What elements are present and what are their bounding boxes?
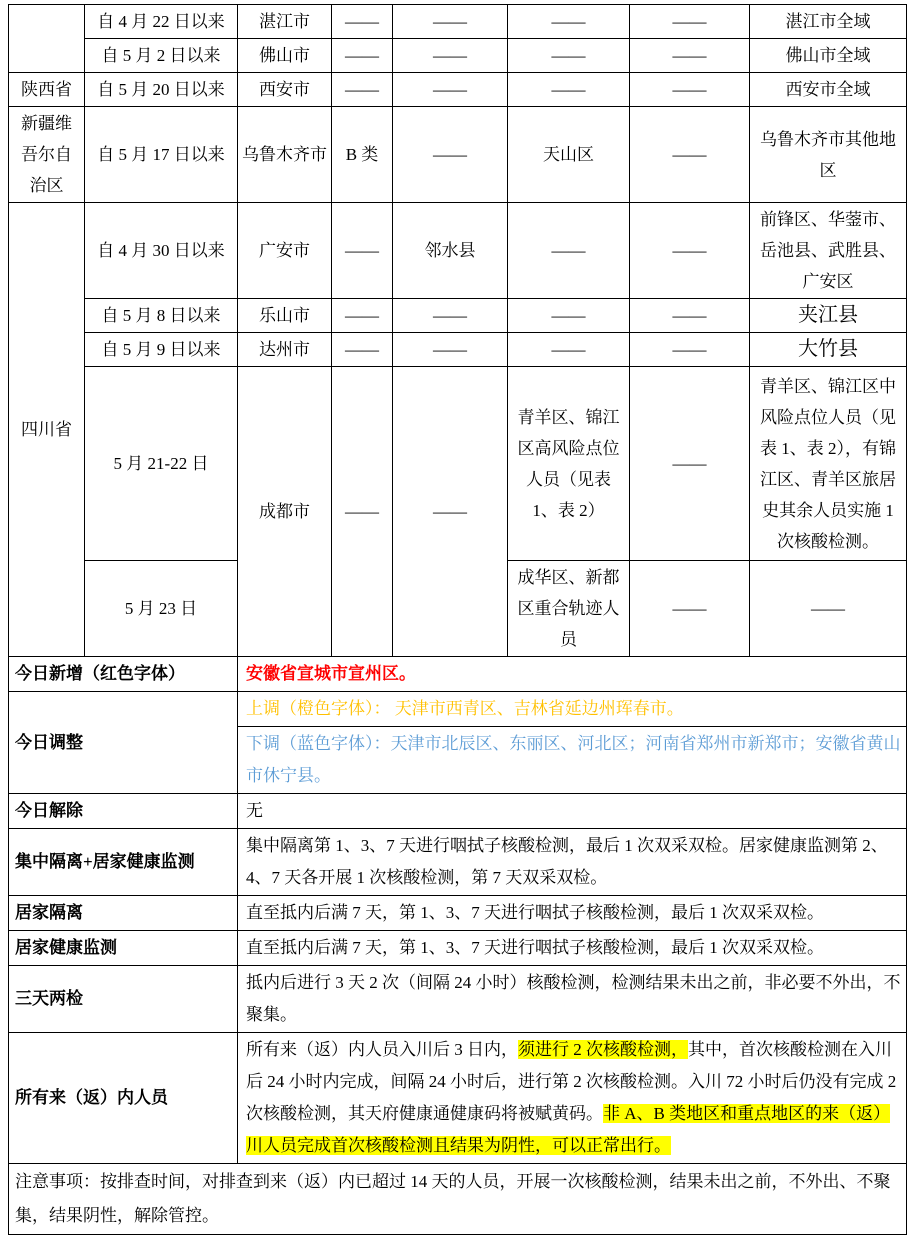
cell-date: 5 月 23 日	[85, 561, 238, 657]
cell-other: ——	[630, 333, 750, 367]
three-two-value: 抵内后进行 3 天 2 次（间隔 24 小时）核酸检测，检测结果未出之前，非必要…	[238, 966, 907, 1033]
new-today-label: 今日新增（红色字体）	[9, 657, 238, 692]
adjust-today-label: 今日调整	[9, 692, 238, 794]
document-page: 自 4 月 22 日以来 湛江市 —— —— —— —— 湛江市全域 自 5 月…	[0, 0, 914, 1185]
table-row: 自 5 月 9 日以来 达州市 —— —— —— —— 大竹县	[9, 333, 907, 367]
adjust-up-value: 上调（橙色字体）： 天津市西青区、吉林省延边州珲春市。	[238, 692, 907, 727]
cell-city: 乌鲁木齐市	[238, 107, 332, 203]
home-isolation-label: 居家隔离	[9, 896, 238, 931]
cell-other: ——	[630, 367, 750, 561]
cell-scope: 西安市全域	[750, 73, 907, 107]
cell-county: ——	[393, 39, 508, 73]
table-row: 四川省 自 4 月 30 日以来 广安市 —— 邻水县 —— —— 前锋区、华蓥…	[9, 203, 907, 299]
table-row-released: 今日解除 无	[9, 794, 907, 829]
cell-date: 自 5 月 20 日以来	[85, 73, 238, 107]
cell-scope: 大竹县	[750, 333, 907, 367]
cell-category: ——	[332, 73, 393, 107]
cell-date: 自 5 月 17 日以来	[85, 107, 238, 203]
cell-scope: 湛江市全域	[750, 5, 907, 39]
text-segment: 所有来（返）内人员入川后 3 日内，	[246, 1040, 518, 1059]
cell-district: 天山区	[508, 107, 630, 203]
table-row: 自 5 月 2 日以来 佛山市 —— —— —— —— 佛山市全域	[9, 39, 907, 73]
cell-category: ——	[332, 299, 393, 333]
cell-district: ——	[508, 203, 630, 299]
cell-date: 自 4 月 22 日以来	[85, 5, 238, 39]
cell-city: 西安市	[238, 73, 332, 107]
cell-county: ——	[393, 5, 508, 39]
cell-other: ——	[630, 73, 750, 107]
cell-category: ——	[332, 367, 393, 657]
table-row-centralized: 集中隔离+居家健康监测 集中隔离第 1、3、7 天进行咽拭子核酸检测，最后 1 …	[9, 829, 907, 896]
cell-district: ——	[508, 39, 630, 73]
home-monitoring-value: 直至抵内后满 7 天，第 1、3、7 天进行咽拭子核酸检测，最后 1 次双采双检…	[238, 931, 907, 966]
table-row: 自 5 月 8 日以来 乐山市 —— —— —— —— 夹江县	[9, 299, 907, 333]
all-arrivals-value: 所有来（返）内人员入川后 3 日内，须进行 2 次核酸检测，其中，首次核酸检测在…	[238, 1033, 907, 1164]
centralized-label: 集中隔离+居家健康监测	[9, 829, 238, 896]
cell-province: 四川省	[9, 203, 85, 657]
released-today-label: 今日解除	[9, 794, 238, 829]
table-row-adjust-up: 今日调整 上调（橙色字体）： 天津市西青区、吉林省延边州珲春市。	[9, 692, 907, 727]
cell-category: B 类	[332, 107, 393, 203]
cell-district: ——	[508, 5, 630, 39]
cell-category: ——	[332, 333, 393, 367]
cell-scope: 青羊区、锦江区中风险点位人员（见表 1、表 2），有锦江区、青羊区旅居史其余人员…	[750, 367, 907, 561]
cell-category: ——	[332, 39, 393, 73]
cell-county: ——	[393, 107, 508, 203]
cell-district: ——	[508, 73, 630, 107]
cell-province: 新疆维吾尔自治区	[9, 107, 85, 203]
cell-scope: 前锋区、华蓥市、岳池县、武胜县、广安区	[750, 203, 907, 299]
cell-county: 邻水县	[393, 203, 508, 299]
table-row-all-arrivals: 所有来（返）内人员 所有来（返）内人员入川后 3 日内，须进行 2 次核酸检测，…	[9, 1033, 907, 1164]
cell-county: ——	[393, 299, 508, 333]
cell-category: ——	[332, 203, 393, 299]
highlighted-text: 须进行 2 次核酸检测，	[518, 1040, 688, 1059]
table-row: 新疆维吾尔自治区 自 5 月 17 日以来 乌鲁木齐市 B 类 —— 天山区 —…	[9, 107, 907, 203]
table-row-new-today: 今日新增（红色字体） 安徽省宣城市宣州区。	[9, 657, 907, 692]
cell-city: 成都市	[238, 367, 332, 657]
cell-date: 自 5 月 2 日以来	[85, 39, 238, 73]
table-row-three-two: 三天两检 抵内后进行 3 天 2 次（间隔 24 小时）核酸检测，检测结果未出之…	[9, 966, 907, 1033]
cell-county: ——	[393, 333, 508, 367]
cell-scope: 夹江县	[750, 299, 907, 333]
all-arrivals-label: 所有来（返）内人员	[9, 1033, 238, 1164]
adjust-down-value: 下调（蓝色字体）：天津市北辰区、东丽区、河北区；河南省郑州市新郑市；安徽省黄山市…	[238, 727, 907, 794]
cell-date: 自 4 月 30 日以来	[85, 203, 238, 299]
cell-province-empty	[9, 5, 85, 73]
table-row: 自 4 月 22 日以来 湛江市 —— —— —— —— 湛江市全域	[9, 5, 907, 39]
cell-date: 自 5 月 8 日以来	[85, 299, 238, 333]
cell-date: 自 5 月 9 日以来	[85, 333, 238, 367]
table-row-notes: 注意事项：按排查时间，对排查到来（返）内已超过 14 天的人员，开展一次核酸检测…	[9, 1164, 907, 1235]
cell-city: 广安市	[238, 203, 332, 299]
cell-other: ——	[630, 107, 750, 203]
released-today-value: 无	[238, 794, 907, 829]
cell-city: 佛山市	[238, 39, 332, 73]
notes-text: 注意事项：按排查时间，对排查到来（返）内已超过 14 天的人员，开展一次核酸检测…	[9, 1164, 907, 1235]
cell-other: ——	[630, 561, 750, 657]
cell-district: 成华区、新都区重合轨迹人员	[508, 561, 630, 657]
table-row: 5 月 21-22 日 成都市 —— —— 青羊区、锦江区高风险点位人员（见表 …	[9, 367, 907, 561]
table-row: 陕西省 自 5 月 20 日以来 西安市 —— —— —— —— 西安市全域	[9, 73, 907, 107]
cell-other: ——	[630, 5, 750, 39]
cell-city: 达州市	[238, 333, 332, 367]
cell-city: 乐山市	[238, 299, 332, 333]
risk-area-table: 自 4 月 22 日以来 湛江市 —— —— —— —— 湛江市全域 自 5 月…	[8, 4, 907, 1235]
home-monitoring-label: 居家健康监测	[9, 931, 238, 966]
cell-category: ——	[332, 5, 393, 39]
cell-district: ——	[508, 299, 630, 333]
cell-scope: ——	[750, 561, 907, 657]
cell-county: ——	[393, 73, 508, 107]
cell-other: ——	[630, 299, 750, 333]
cell-other: ——	[630, 203, 750, 299]
centralized-value: 集中隔离第 1、3、7 天进行咽拭子核酸检测，最后 1 次双采双检。居家健康监测…	[238, 829, 907, 896]
cell-date: 5 月 21-22 日	[85, 367, 238, 561]
cell-district: ——	[508, 333, 630, 367]
home-isolation-value: 直至抵内后满 7 天，第 1、3、7 天进行咽拭子核酸检测，最后 1 次双采双检…	[238, 896, 907, 931]
cell-scope: 佛山市全域	[750, 39, 907, 73]
cell-other: ——	[630, 39, 750, 73]
table-row-home-isolation: 居家隔离 直至抵内后满 7 天，第 1、3、7 天进行咽拭子核酸检测，最后 1 …	[9, 896, 907, 931]
three-two-label: 三天两检	[9, 966, 238, 1033]
cell-district: 青羊区、锦江区高风险点位人员（见表 1、表 2）	[508, 367, 630, 561]
cell-province: 陕西省	[9, 73, 85, 107]
table-row-home-monitoring: 居家健康监测 直至抵内后满 7 天，第 1、3、7 天进行咽拭子核酸检测，最后 …	[9, 931, 907, 966]
cell-scope: 乌鲁木齐市其他地区	[750, 107, 907, 203]
new-today-value: 安徽省宣城市宣州区。	[238, 657, 907, 692]
cell-county: ——	[393, 367, 508, 657]
cell-city: 湛江市	[238, 5, 332, 39]
